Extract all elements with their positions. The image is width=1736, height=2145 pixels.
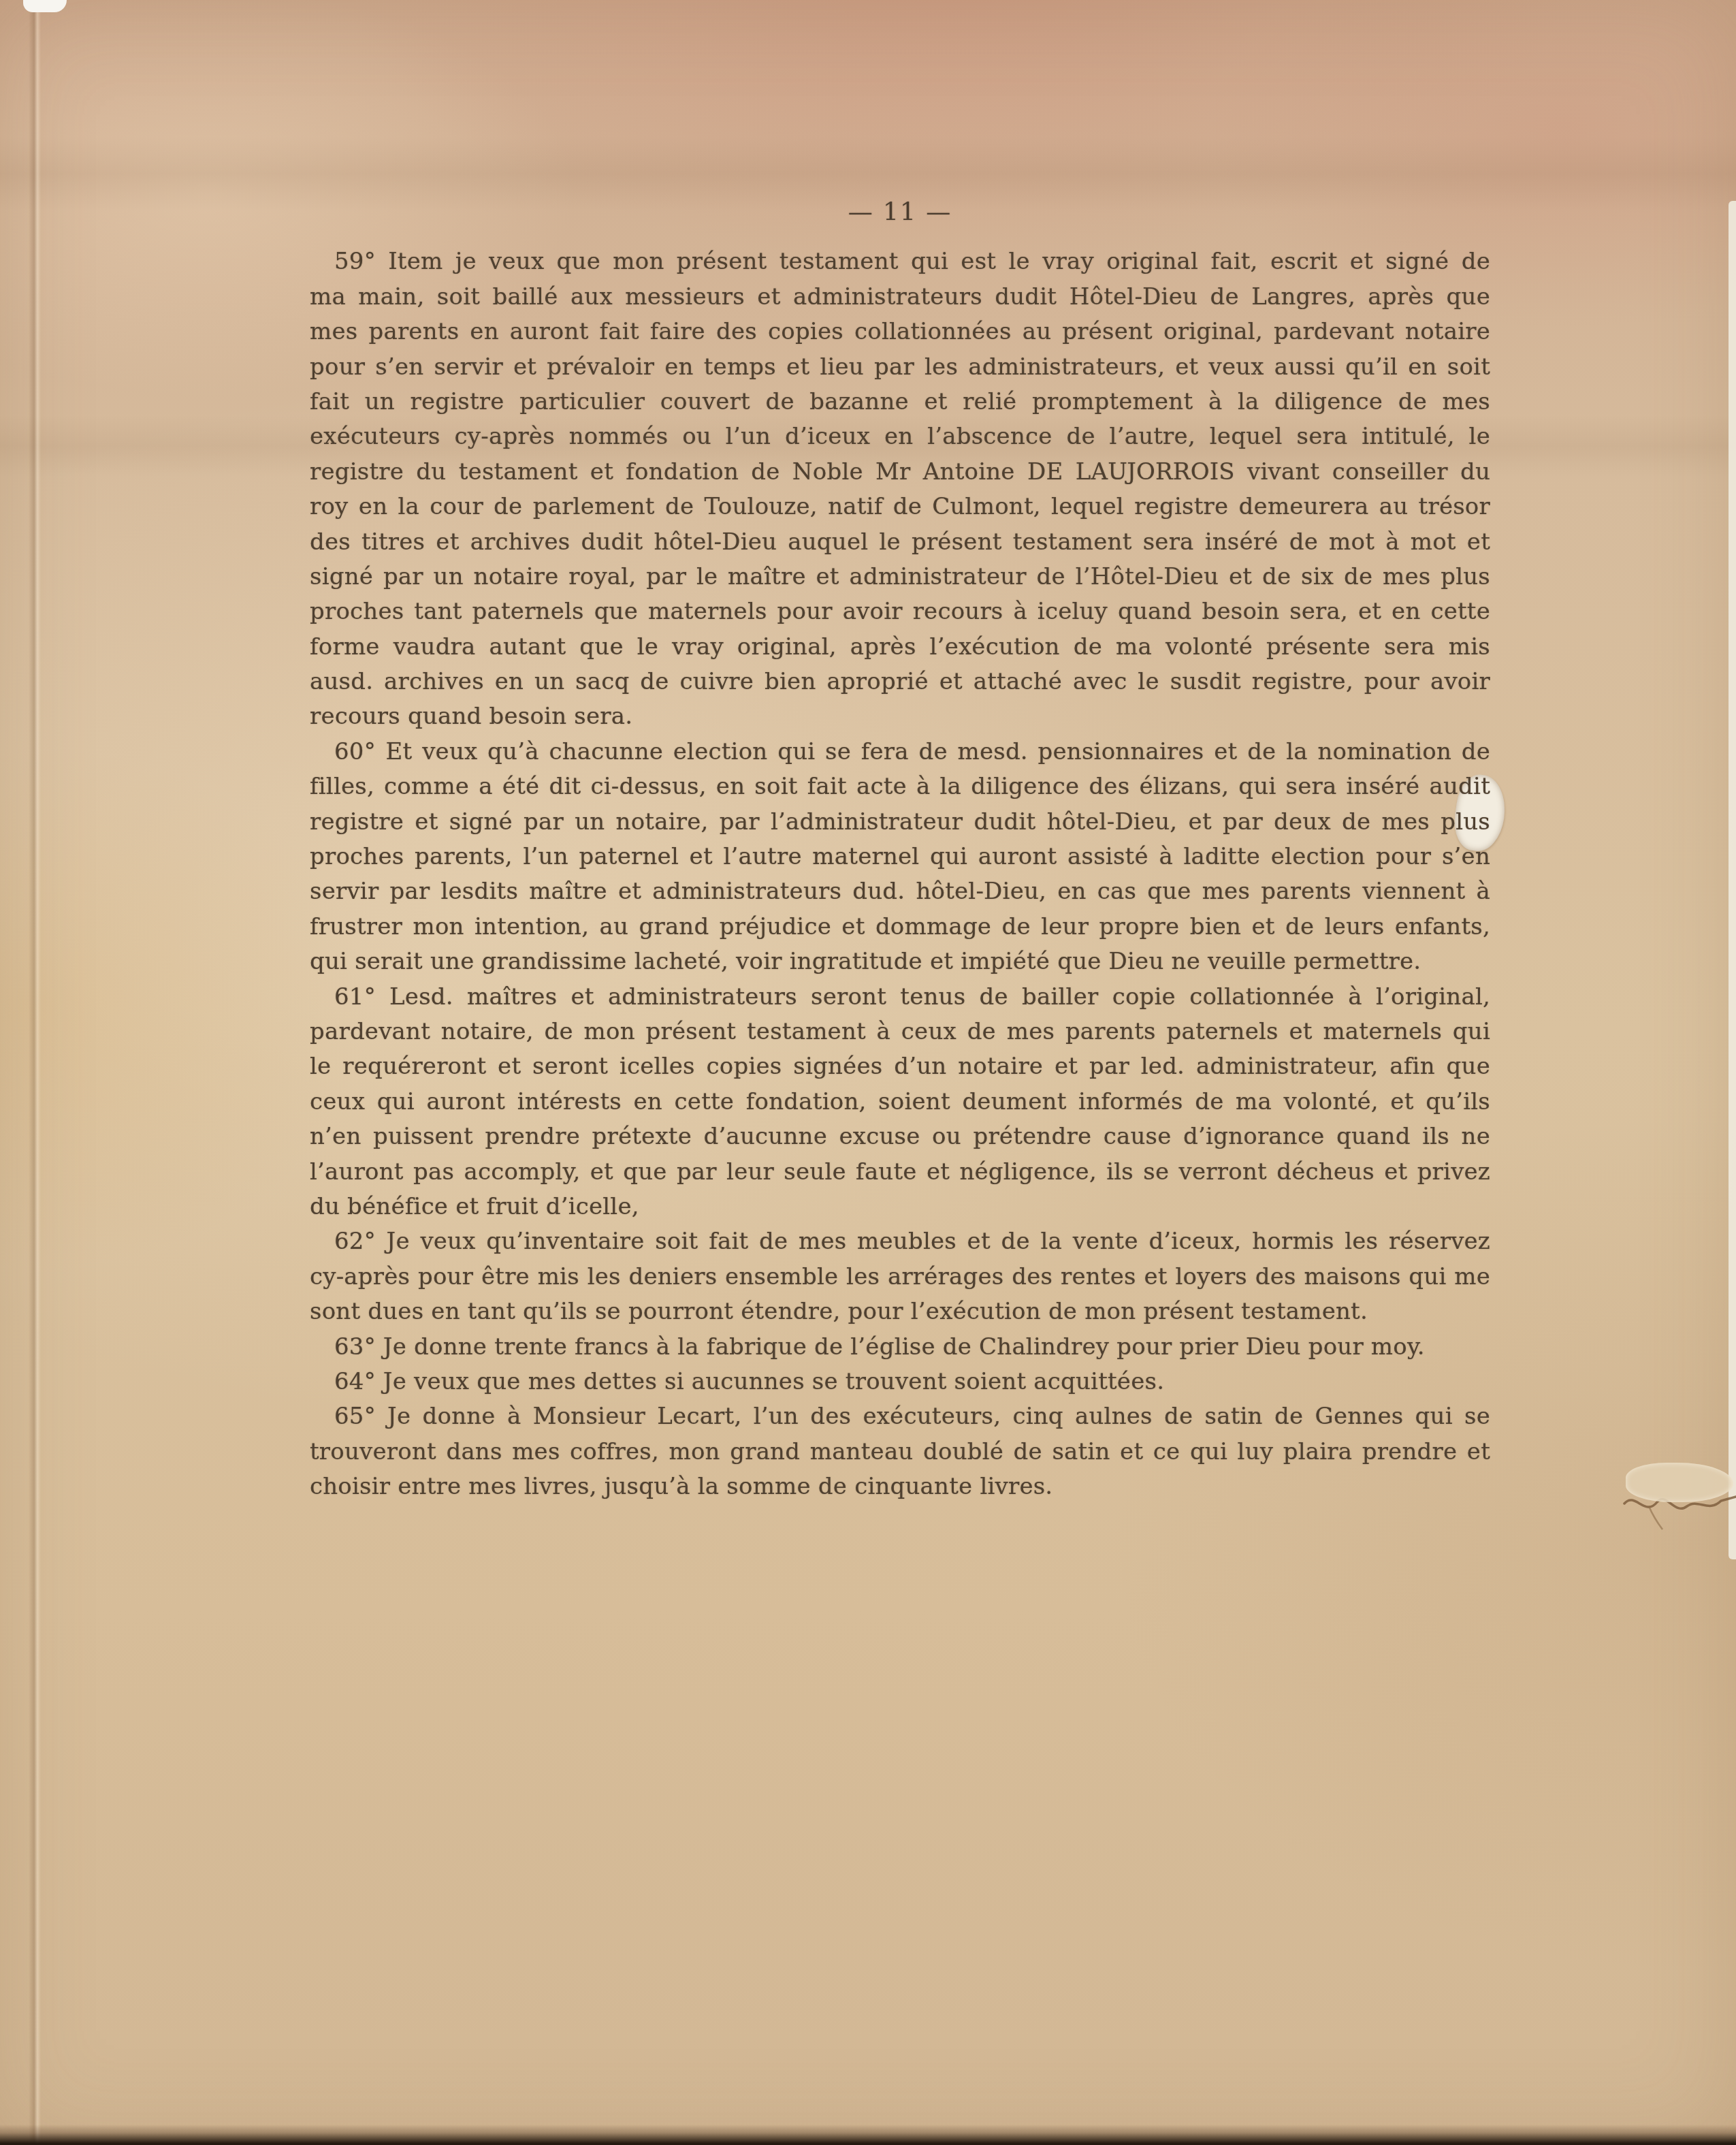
- text-line: des titres et archives dudit hôtel-Dieu …: [310, 525, 1490, 560]
- text-line: ma main, soit baillé aux messieurs et ad…: [310, 280, 1490, 315]
- text-line: 60° Et veux qu’à chacunne election qui s…: [310, 735, 1490, 769]
- text-line: 64° Je veux que mes dettes si aucunnes s…: [310, 1365, 1490, 1399]
- text-line: 62° Je veux qu’inventaire soit fait de m…: [310, 1224, 1490, 1259]
- text-line: 61° Lesd. maîtres et administrateurs ser…: [310, 980, 1490, 1015]
- paragraph-65: 65° Je donne à Monsieur Lecart, l’un des…: [310, 1399, 1490, 1504]
- text-line: ceux qui auront intérests en cette fonda…: [310, 1085, 1490, 1119]
- paragraph-59: 59° Item je veux que mon présent testame…: [310, 244, 1490, 734]
- text-line: pardevant notaire, de mon présent testam…: [310, 1015, 1490, 1049]
- text-line: le requéreront et seront icelles copies …: [310, 1049, 1490, 1084]
- page-corner-notch: [23, 0, 67, 12]
- paragraph-60: 60° Et veux qu’à chacunne election qui s…: [310, 735, 1490, 980]
- text-line: cy-après pour être mis les deniers ensem…: [310, 1260, 1490, 1294]
- page-number: — 11 —: [310, 195, 1490, 229]
- scanned-page: — 11 — 59° Item je veux que mon présent …: [0, 0, 1736, 2145]
- text-line: recours quand besoin sera.: [310, 699, 1490, 734]
- text-line: trouveront dans mes coffres, mon grand m…: [310, 1435, 1490, 1469]
- text-line: proches parents, l’un paternel et l’autr…: [310, 840, 1490, 874]
- text-line: du bénéfice et fruit d’icelle,: [310, 1190, 1490, 1224]
- text-line: fait un registre particulier couvert de …: [310, 385, 1490, 419]
- text-line: n’en puissent prendre prétexte d’aucunne…: [310, 1119, 1490, 1154]
- text-line: choisir entre mes livres, jusqu’à la som…: [310, 1469, 1490, 1504]
- text-line: signé par un notaire royal, par le maîtr…: [310, 560, 1490, 594]
- paper-tear-damage: [1622, 1459, 1736, 1540]
- page-right-edge: [1729, 201, 1736, 1559]
- page-text: — 11 — 59° Item je veux que mon présent …: [310, 195, 1490, 1504]
- page-bottom-edge-shadow: [0, 2125, 1736, 2145]
- paragraph-63: 63° Je donne trente francs à la fabrique…: [310, 1330, 1490, 1365]
- text-line: forme vaudra autant que le vray original…: [310, 630, 1490, 665]
- paper-tear-smudge: [1626, 1463, 1733, 1502]
- text-line: exécuteurs cy-après nommés ou l’un d’ice…: [310, 419, 1490, 454]
- paragraph-64: 64° Je veux que mes dettes si aucunnes s…: [310, 1365, 1490, 1399]
- text-line: filles, comme a été dit ci-dessus, en so…: [310, 769, 1490, 804]
- text-line: servir par lesdits maître et administrat…: [310, 874, 1490, 909]
- paragraph-61: 61° Lesd. maîtres et administrateurs ser…: [310, 980, 1490, 1225]
- text-line: registre du testament et fondation de No…: [310, 455, 1490, 490]
- text-line: qui serait une grandissime lacheté, voir…: [310, 944, 1490, 979]
- text-line: mes parents en auront fait faire des cop…: [310, 315, 1490, 349]
- text-line: ausd. archives en un sacq de cuivre bien…: [310, 665, 1490, 699]
- text-line: 59° Item je veux que mon présent testame…: [310, 244, 1490, 279]
- text-line: roy en la cour de parlement de Toulouze,…: [310, 490, 1490, 524]
- text-line: frustrer mon intention, au grand préjudi…: [310, 910, 1490, 944]
- fold-crease: [29, 0, 41, 2145]
- text-line: sont dues en tant qu’ils se pourront éte…: [310, 1294, 1490, 1329]
- text-line: pour s’en servir et prévaloir en temps e…: [310, 350, 1490, 385]
- paragraph-62: 62° Je veux qu’inventaire soit fait de m…: [310, 1224, 1490, 1329]
- text-line: proches tant paternels que maternels pou…: [310, 594, 1490, 629]
- text-line: 63° Je donne trente francs à la fabrique…: [310, 1330, 1490, 1365]
- text-line: registre et signé par un notaire, par l’…: [310, 805, 1490, 840]
- text-line: l’auront pas accomply, et que par leur s…: [310, 1155, 1490, 1190]
- text-line: 65° Je donne à Monsieur Lecart, l’un des…: [310, 1399, 1490, 1434]
